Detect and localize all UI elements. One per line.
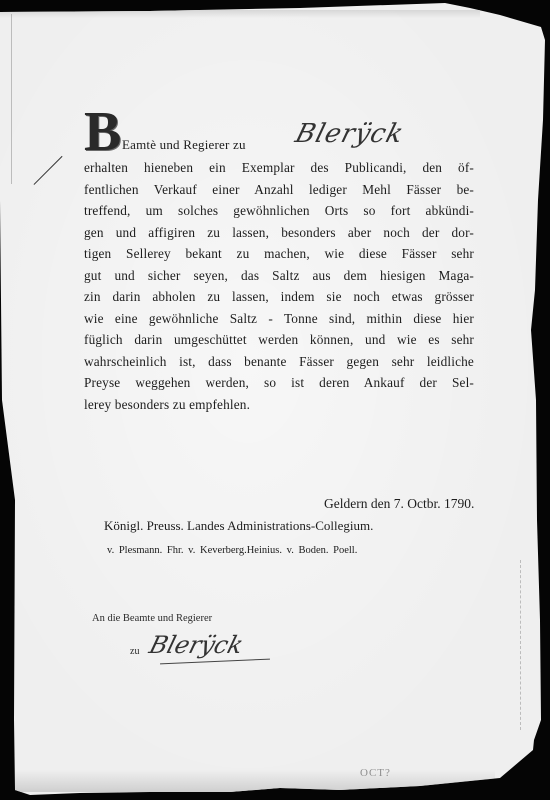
- faded-stamp-bottom: OCT?: [360, 767, 391, 779]
- body-line: wie eine gewöhnliche Saltz - Tonne sind,…: [84, 308, 474, 330]
- drop-cap: B: [84, 107, 119, 157]
- address-recipient: An die Beamte und Regierer: [92, 613, 212, 624]
- address-block: An die Beamte und Regierer zu Blerÿck: [92, 613, 212, 624]
- signatories: v. Plesmann. Fhr. v. Keverberg.Heinius. …: [107, 545, 357, 556]
- salutation-printed: Eamtè und Regierer zu: [122, 137, 246, 153]
- signatory: v. Boden.: [287, 545, 329, 556]
- letter-body: B Eamtè und Regierer zu Blerÿck erhalten…: [84, 107, 474, 415]
- body-line: wahrscheinlich ist, dass benante Fässer …: [84, 351, 474, 373]
- fold-line: [11, 14, 12, 184]
- signatory: v. Plesmann.: [107, 545, 162, 556]
- body-line: füglich darin umgeschüttet werden können…: [84, 329, 474, 351]
- body-line: lerey besonders zu empfehlen.: [84, 394, 474, 416]
- top-edge-shadow: [0, 10, 480, 18]
- torn-right-edge: [520, 560, 523, 730]
- issuing-authority: Königl. Preuss. Landes Administrations-C…: [104, 518, 373, 534]
- salutation: B Eamtè und Regierer zu Blerÿck: [84, 107, 474, 157]
- address-handwritten-place: Blerÿck: [146, 631, 246, 659]
- signatory: Poell.: [333, 545, 357, 556]
- body-line: tigen Sellerey bekant zu machen, wie die…: [84, 243, 474, 265]
- body-line: gut und sicher seyen, das Saltz aus dem …: [84, 265, 474, 287]
- body-line: erhalten hieneben ein Exemplar des Publi…: [84, 157, 474, 179]
- body-line: fentlichen Verkauf einer Anzahl lediger …: [84, 179, 474, 201]
- place-and-date: Geldern den 7. Octbr. 1790.: [324, 496, 474, 512]
- body-line: treffend, um solches gewöhnlichen Orts s…: [84, 200, 474, 222]
- body-line: zin darin abholen zu lassen, indem sie n…: [84, 286, 474, 308]
- body-line: gen und affigiren zu lassen, besonders a…: [84, 222, 474, 244]
- bottom-edge-shadow: [15, 770, 495, 792]
- body-line: Preyse weggehen werden, so ist deren Ank…: [84, 372, 474, 394]
- document-page: OCT? B Eamtè und Regierer zu Blerÿck erh…: [0, 0, 550, 800]
- handwritten-place-name: Blerÿck: [292, 119, 407, 149]
- body-paragraph: erhalten hieneben ein Exemplar des Publi…: [84, 157, 474, 415]
- address-zu: zu: [130, 646, 139, 657]
- signatory: Fhr. v. Keverberg.Heinius.: [167, 545, 282, 556]
